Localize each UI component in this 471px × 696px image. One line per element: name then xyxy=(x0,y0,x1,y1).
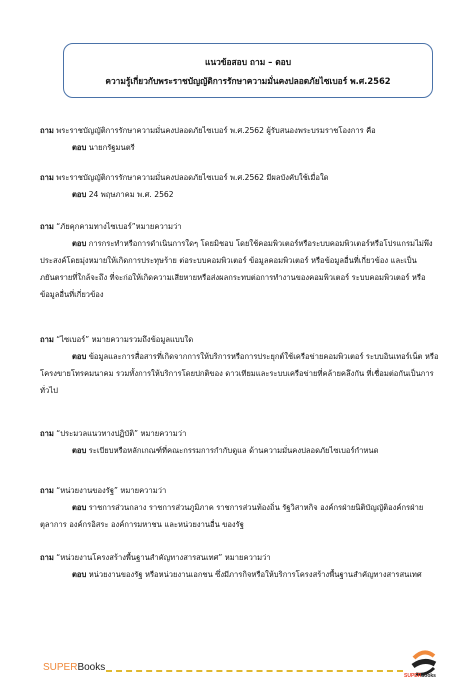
question-label: ถาม xyxy=(40,173,54,182)
question-label: ถาม xyxy=(40,335,54,344)
answer: ตอบ นายกรัฐมนตรี xyxy=(40,139,440,156)
question: ถาม “หน่วยงานโครงสร้างพื้นฐานสำคัญทางสาร… xyxy=(40,549,440,566)
logo-wordmark: SUPERbooks xyxy=(404,673,436,679)
title-line-1: แนวข้อสอบ ถาม – ตอบ xyxy=(64,55,432,69)
question-label: ถาม xyxy=(40,553,54,562)
question-label: ถาม xyxy=(40,222,54,231)
page-footer: SUPERBooks SUPERbooks xyxy=(0,640,471,696)
title-box: แนวข้อสอบ ถาม – ตอบ ความรู้เกี่ยวกับพระร… xyxy=(63,43,433,98)
question-label: ถาม xyxy=(40,486,54,495)
qa-item-3: ถาม “ภัยคุกคามทางไซเบอร์”หมายความว่า ตอบ… xyxy=(40,218,440,303)
answer-label: ตอบ xyxy=(72,503,86,512)
answer-label: ตอบ xyxy=(72,352,86,361)
answer: ตอบ ระเบียบหรือหลักเกณฑ์ที่คณะกรรมการกำก… xyxy=(40,442,440,459)
qa-item-1: ถาม พระราชบัญญัติการรักษาความมั่นคงปลอดภ… xyxy=(40,122,440,156)
question: ถาม พระราชบัญญัติการรักษาความมั่นคงปลอดภ… xyxy=(40,122,440,139)
question-label: ถาม xyxy=(40,126,54,135)
title-line-2: ความรู้เกี่ยวกับพระราชบัญญัติการรักษาควา… xyxy=(64,74,432,88)
footer-divider xyxy=(106,670,403,672)
question-label: ถาม xyxy=(40,429,54,438)
qa-item-7: ถาม “หน่วยงานโครงสร้างพื้นฐานสำคัญทางสาร… xyxy=(40,549,440,583)
answer-label: ตอบ xyxy=(72,143,86,152)
answer: ตอบ 24 พฤษภาคม พ.ศ. 2562 xyxy=(40,186,440,203)
answer-label: ตอบ xyxy=(72,446,86,455)
question: ถาม “ไซเบอร์” หมายความรวมถึงข้อมูลแบบใด xyxy=(40,331,440,348)
question: ถาม “ภัยคุกคามทางไซเบอร์”หมายความว่า xyxy=(40,218,440,235)
qa-item-2: ถาม พระราชบัญญัติการรักษาความมั่นคงปลอดภ… xyxy=(40,169,440,203)
qa-item-6: ถาม “หน่วยงานของรัฐ” หมายความว่า ตอบ ราช… xyxy=(40,482,440,533)
question: ถาม “หน่วยงานของรัฐ” หมายความว่า xyxy=(40,482,440,499)
answer: ตอบ การกระทำหรือการดำเนินการใดๆ โดยมิชอบ… xyxy=(40,235,440,303)
answer-label: ตอบ xyxy=(72,570,86,579)
answer-label: ตอบ xyxy=(72,190,86,199)
answer: ตอบ ราชการส่วนกลาง ราชการส่วนภูมิภาค ราช… xyxy=(40,499,440,533)
answer: ตอบ ข้อมูลและการสื่อสารที่เกิดจากการให้บ… xyxy=(40,348,440,399)
qa-item-5: ถาม “ประมวลแนวทางปฏิบัติ” หมายความว่า ตอ… xyxy=(40,425,440,459)
superbooks-logo-icon xyxy=(404,648,444,686)
answer: ตอบ หน่วยงานของรัฐ หรือหน่วยงานเอกชน ซึ่… xyxy=(40,566,440,583)
footer-brand: SUPERBooks xyxy=(43,662,105,673)
question: ถาม พระราชบัญญัติการรักษาความมั่นคงปลอดภ… xyxy=(40,169,440,186)
qa-item-4: ถาม “ไซเบอร์” หมายความรวมถึงข้อมูลแบบใด … xyxy=(40,331,440,399)
answer-label: ตอบ xyxy=(72,239,86,248)
question: ถาม “ประมวลแนวทางปฏิบัติ” หมายความว่า xyxy=(40,425,440,442)
